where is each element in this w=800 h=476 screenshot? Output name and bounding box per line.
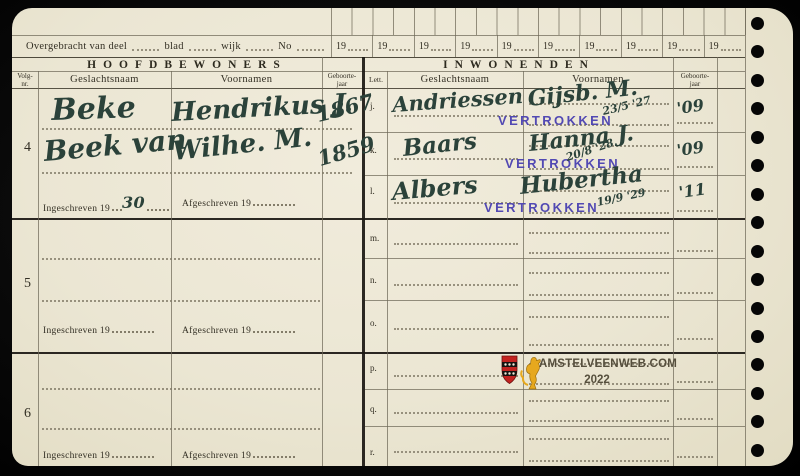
row-letter: l.: [370, 186, 375, 196]
dotted-rule: [596, 48, 616, 51]
dotted-rule: [529, 294, 669, 296]
dotted-rule: [472, 48, 492, 51]
dotted-rule: [529, 272, 669, 274]
dotted-rule: [529, 344, 669, 346]
birthyear-header-line2: jaar: [337, 80, 348, 88]
dotted-rule: [677, 210, 713, 212]
wijk-label: wijk: [221, 41, 241, 52]
dotted-rule: [529, 400, 669, 402]
year-cell: 19: [621, 35, 662, 57]
dotted-rule: [677, 338, 713, 340]
handwritten-surname: Beke: [51, 93, 136, 126]
dotted-rule: [253, 455, 295, 458]
dotted-rule: [677, 381, 713, 383]
year-label: 19: [419, 41, 429, 52]
year-cell: 19: [372, 35, 413, 57]
dotted-rule: [42, 300, 320, 302]
section-divider-line: [12, 218, 745, 220]
punch-hole: [751, 330, 764, 343]
handwritten-surname: Baars: [402, 129, 478, 160]
dotted-rule: [677, 292, 713, 294]
dotted-rule: [112, 330, 154, 333]
grid-line: [365, 389, 745, 390]
year-cell: 19: [455, 35, 496, 57]
dotted-rule: [394, 451, 518, 453]
dotted-rule: [394, 243, 518, 245]
year-cell: 19: [579, 35, 620, 57]
right-section-title: INWONENDEN: [365, 59, 673, 71]
dotted-rule: [529, 316, 669, 318]
dotted-rule: [677, 456, 713, 458]
year-label: 19: [709, 41, 719, 52]
volgnr-header: Volg- nr.: [12, 72, 38, 89]
dotted-rule: [394, 328, 518, 330]
grid-line: [365, 426, 745, 427]
handwritten-surname: Beek van: [43, 126, 188, 166]
transfer-row: Overgebracht van deel blad wijk No: [26, 35, 329, 57]
left-firstnames-header: Voornamen: [171, 74, 322, 85]
dotted-rule: [529, 420, 669, 422]
row-number: 6: [17, 406, 38, 422]
birthyear-header-line2: jaar: [690, 80, 701, 88]
center-divider-line: [362, 57, 365, 466]
row-letter: o.: [370, 318, 377, 328]
punch-hole: [751, 131, 764, 144]
punch-hole: [751, 159, 764, 172]
dotted-rule: [394, 284, 518, 286]
year-label: 19: [336, 41, 346, 52]
year-label: 19: [543, 41, 553, 52]
year-cell: 19: [704, 35, 745, 57]
row-letter: j.: [370, 101, 375, 111]
dotted-rule: [112, 208, 122, 211]
dotted-rule: [677, 122, 713, 124]
blad-label: blad: [164, 41, 183, 52]
afgeschreven-label: Afgeschreven 19: [182, 326, 251, 336]
handwritten-surname: Albers: [391, 173, 479, 204]
ingeschreven-label: Ingeschreven 19: [43, 451, 110, 461]
volgnr-header-line1: Volg-: [17, 72, 32, 80]
dotted-rule: [189, 48, 216, 51]
row-letter: k.: [370, 145, 377, 155]
registered-line: Ingeschreven 19 30: [43, 198, 169, 214]
transfer-label: Overgebracht van deel: [26, 41, 127, 52]
punch-hole: [751, 216, 764, 229]
dotted-rule: [42, 388, 320, 390]
year-cell: 19: [497, 35, 538, 57]
lett-header: Lett.: [365, 75, 387, 84]
punch-hole: [751, 387, 764, 400]
row-letter: n.: [370, 275, 377, 285]
dotted-rule: [253, 203, 295, 206]
right-birthyear-header: Geboorte- jaar: [673, 72, 717, 89]
dotted-rule: [677, 418, 713, 420]
row-number: 4: [17, 140, 38, 156]
year-label: 19: [460, 41, 470, 52]
dotted-rule: [389, 48, 409, 51]
dotted-rule: [147, 208, 169, 211]
punch-hole: [751, 17, 764, 30]
punch-hole: [751, 45, 764, 58]
handwritten-year: 30: [122, 195, 145, 211]
grid-line: [12, 57, 745, 58]
year-cell: 19: [538, 35, 579, 57]
dotted-rule: [638, 48, 658, 51]
year-label: 19: [502, 41, 512, 52]
handwritten-firstnames: Wilhe. M.: [171, 125, 313, 165]
dotted-rule: [514, 48, 534, 51]
dotted-rule: [677, 166, 713, 168]
year-cell: 19: [414, 35, 455, 57]
punch-hole: [751, 273, 764, 286]
punch-hole: [751, 302, 764, 315]
deregistered-line: Afgeschreven 19: [182, 199, 295, 209]
dotted-rule: [132, 48, 159, 51]
year-label: 19: [626, 41, 636, 52]
dotted-rule: [529, 232, 669, 234]
dotted-rule: [42, 428, 320, 430]
watermark-year: 2022: [542, 374, 652, 386]
handwritten-birthyear: 1859: [315, 133, 377, 169]
year-columns-row: 19 19 19 19 19 19 19 19 19 19: [331, 35, 745, 57]
punch-hole: [751, 74, 764, 87]
row-letter: q.: [370, 404, 377, 414]
watermark-site: AMSTELVEENWEB.COM: [539, 358, 677, 370]
dotted-rule: [348, 48, 368, 51]
year-label: 19: [667, 41, 677, 52]
year-label: 19: [584, 41, 594, 52]
grid-line: [365, 258, 745, 259]
birthyear-header-line1: Geboorte-: [328, 72, 356, 80]
population-register-card: Overgebracht van deel blad wijk No 19 19…: [12, 8, 793, 466]
row-number: 5: [17, 276, 38, 292]
grid-line: [12, 35, 745, 36]
dotted-rule: [679, 48, 699, 51]
dotted-rule: [42, 258, 320, 260]
grid-line: [717, 57, 718, 466]
birthyear-header-line1: Geboorte-: [681, 72, 709, 80]
punch-hole: [751, 188, 764, 201]
handwritten-birthyear: '11: [678, 181, 707, 201]
grid-line: [673, 57, 674, 466]
dotted-rule: [431, 48, 451, 51]
handwritten-surname: Andriessen: [392, 85, 524, 115]
afgeschreven-label: Afgeschreven 19: [182, 451, 251, 461]
volgnr-header-line2: nr.: [21, 80, 28, 88]
left-birthyear-header: Geboorte- jaar: [322, 72, 362, 89]
year-cell: 19: [662, 35, 703, 57]
row-letter: r.: [370, 447, 375, 457]
dotted-rule: [394, 412, 518, 414]
handwritten-birthyear: '09: [676, 139, 705, 159]
amstelveen-coat-of-arms-logo: [501, 354, 543, 390]
year-label: 19: [377, 41, 387, 52]
dotted-rule: [253, 330, 295, 333]
year-cell: 19: [331, 35, 372, 57]
left-section-title: HOOFDBEWONERS: [12, 59, 362, 71]
dotted-rule: [555, 48, 575, 51]
dotted-rule: [246, 48, 273, 51]
grid-line: [387, 71, 388, 466]
dotted-rule: [529, 252, 669, 254]
handwritten-birthyear: '09: [676, 97, 705, 117]
dotted-rule: [529, 438, 669, 440]
ingeschreven-label: Ingeschreven 19: [43, 204, 110, 214]
no-label: No: [278, 41, 291, 52]
row-letter: p.: [370, 363, 377, 373]
punch-hole: [751, 245, 764, 258]
registered-line: Ingeschreven 19: [43, 451, 154, 461]
row-letter: m.: [370, 233, 379, 243]
deregistered-line: Afgeschreven 19: [182, 451, 295, 461]
punch-hole: [751, 102, 764, 115]
dotted-rule: [721, 48, 741, 51]
dotted-rule: [394, 375, 518, 377]
left-surname-header: Geslachtsnaam: [38, 74, 171, 85]
dotted-rule: [297, 48, 324, 51]
deregistered-line: Afgeschreven 19: [182, 326, 295, 336]
dotted-rule: [112, 455, 154, 458]
dotted-rule: [529, 460, 669, 462]
vertrokken-stamp: VERTROKKEN: [484, 200, 599, 215]
afgeschreven-label: Afgeschreven 19: [182, 199, 251, 209]
grid-line: [745, 10, 746, 466]
section-divider-line: [12, 352, 745, 354]
grid-line: [523, 71, 524, 466]
punch-hole: [751, 358, 764, 371]
grid-line: [12, 71, 745, 72]
punch-hole: [751, 415, 764, 428]
grid-line: [365, 300, 745, 301]
dotted-rule: [42, 172, 352, 174]
binder-punch-holes: [751, 17, 764, 457]
ingeschreven-label: Ingeschreven 19: [43, 326, 110, 336]
top-halfcell-grid: [331, 8, 746, 35]
punch-hole: [751, 444, 764, 457]
grid-line: [38, 71, 39, 466]
registered-line: Ingeschreven 19: [43, 326, 154, 336]
dotted-rule: [677, 250, 713, 252]
